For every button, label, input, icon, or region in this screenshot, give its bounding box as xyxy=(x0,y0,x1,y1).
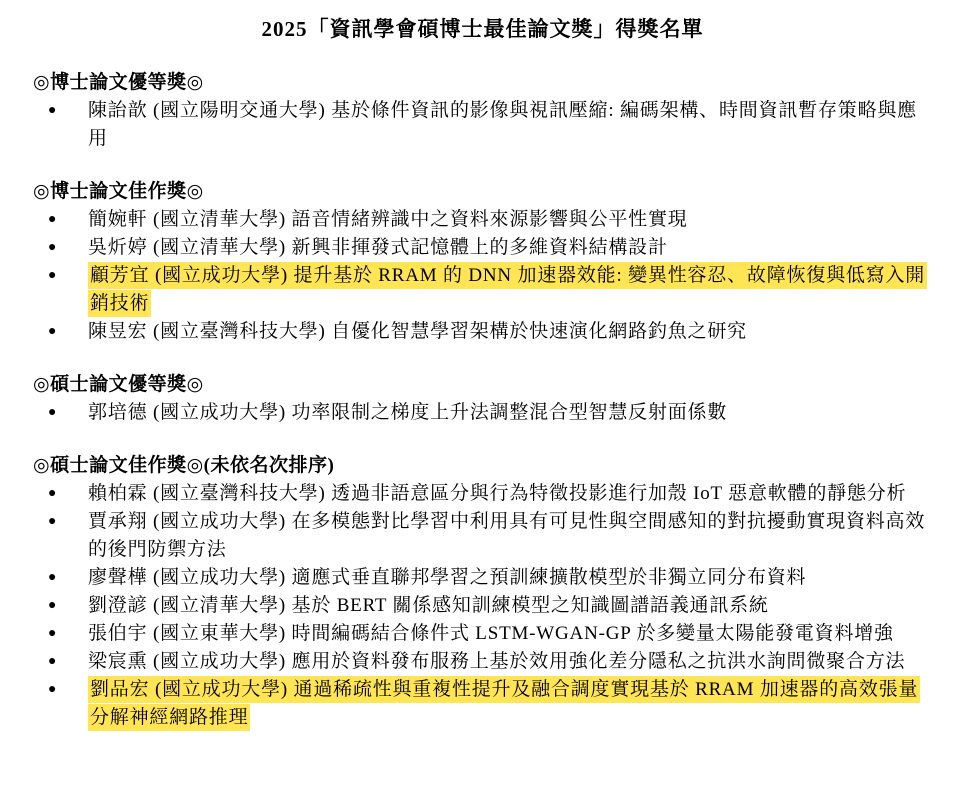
bullet-icon: ● xyxy=(48,97,88,125)
document-title: 2025「資訊學會碩博士最佳論文獎」得獎名單 xyxy=(33,14,932,44)
section-phd-honorable: ◎博士論文佳作獎◎ ● 簡婉軒 (國立清華大學) 語音情緒辨識中之資料來源影響與… xyxy=(33,178,932,346)
bullet-icon: ● xyxy=(48,399,88,427)
item-text: 陳詒歆 (國立陽明交通大學) 基於條件資訊的影像與視訊壓縮: 編碼架構、時間資訊… xyxy=(88,100,917,149)
bullet-icon: ● xyxy=(48,676,88,704)
item-text: 張伯宇 (國立東華大學) 時間編碼結合條件式 LSTM-WGAN-GP 於多變量… xyxy=(88,623,894,644)
section-header: ◎博士論文優等獎◎ xyxy=(33,69,932,97)
item-text: 劉品宏 (國立成功大學) 通過稀疏性與重複性提升及融合調度實現基於 RRAM 加… xyxy=(88,676,920,731)
section-header: ◎碩士論文佳作獎◎(未依名次排序) xyxy=(33,452,932,480)
list-item: ● 廖聲樺 (國立成功大學) 適應式垂直聯邦學習之預訓練擴散模型於非獨立同分布資… xyxy=(48,564,932,592)
bullet-icon: ● xyxy=(48,648,88,676)
item-text: 吳炘婷 (國立清華大學) 新興非揮發式記憶體上的多維資料結構設計 xyxy=(88,237,668,258)
bullet-icon: ● xyxy=(48,262,88,290)
item-text: 顧芳宜 (國立成功大學) 提升基於 RRAM 的 DNN 加速器效能: 變異性容… xyxy=(88,262,927,317)
list-item-highlighted: ● 顧芳宜 (國立成功大學) 提升基於 RRAM 的 DNN 加速器效能: 變異… xyxy=(48,262,932,318)
item-text: 郭培德 (國立成功大學) 功率限制之梯度上升法調整混合型智慧反射面係數 xyxy=(88,402,727,423)
section-master-excellence: ◎碩士論文優等獎◎ ● 郭培德 (國立成功大學) 功率限制之梯度上升法調整混合型… xyxy=(33,371,932,427)
bullet-icon: ● xyxy=(48,234,88,262)
item-text: 賈承翔 (國立成功大學) 在多模態對比學習中利用具有可見性與空間感知的對抗擾動實… xyxy=(88,511,925,560)
section-phd-excellence: ◎博士論文優等獎◎ ● 陳詒歆 (國立陽明交通大學) 基於條件資訊的影像與視訊壓… xyxy=(33,69,932,153)
list-item: ● 郭培德 (國立成功大學) 功率限制之梯度上升法調整混合型智慧反射面係數 xyxy=(48,399,932,427)
list-item: ● 賈承翔 (國立成功大學) 在多模態對比學習中利用具有可見性與空間感知的對抗擾… xyxy=(48,508,932,564)
section-header: ◎碩士論文優等獎◎ xyxy=(33,371,932,399)
list-item: ● 梁宸熏 (國立成功大學) 應用於資料發布服務上基於效用強化差分隱私之抗洪水詢… xyxy=(48,648,932,676)
section-master-honorable: ◎碩士論文佳作獎◎(未依名次排序) ● 賴柏霖 (國立臺灣科技大學) 透過非語意… xyxy=(33,452,932,732)
document-page: 2025「資訊學會碩博士最佳論文獎」得獎名單 ◎博士論文優等獎◎ ● 陳詒歆 (… xyxy=(0,0,960,798)
list-item: ● 賴柏霖 (國立臺灣科技大學) 透過非語意區分與行為特徵投影進行加殼 IoT … xyxy=(48,480,932,508)
list-item: ● 劉澄諺 (國立清華大學) 基於 BERT 關係感知訓練模型之知識圖譜語義通訊… xyxy=(48,592,932,620)
item-text: 簡婉軒 (國立清華大學) 語音情緒辨識中之資料來源影響與公平性實現 xyxy=(88,209,688,230)
list-item: ● 簡婉軒 (國立清華大學) 語音情緒辨識中之資料來源影響與公平性實現 xyxy=(48,206,932,234)
bullet-icon: ● xyxy=(48,592,88,620)
list-item: ● 陳昱宏 (國立臺灣科技大學) 自優化智慧學習架構於快速演化網路釣魚之研究 xyxy=(48,318,932,346)
bullet-icon: ● xyxy=(48,620,88,648)
section-header: ◎博士論文佳作獎◎ xyxy=(33,178,932,206)
list-item: ● 陳詒歆 (國立陽明交通大學) 基於條件資訊的影像與視訊壓縮: 編碼架構、時間… xyxy=(48,97,932,153)
item-text: 梁宸熏 (國立成功大學) 應用於資料發布服務上基於效用強化差分隱私之抗洪水詢問微… xyxy=(88,651,905,672)
list-item: ● 吳炘婷 (國立清華大學) 新興非揮發式記憶體上的多維資料結構設計 xyxy=(48,234,932,262)
list-item-highlighted: ● 劉品宏 (國立成功大學) 通過稀疏性與重複性提升及融合調度實現基於 RRAM… xyxy=(48,676,932,732)
item-text: 賴柏霖 (國立臺灣科技大學) 透過非語意區分與行為特徵投影進行加殼 IoT 惡意… xyxy=(88,483,906,504)
bullet-icon: ● xyxy=(48,480,88,508)
item-text: 廖聲樺 (國立成功大學) 適應式垂直聯邦學習之預訓練擴散模型於非獨立同分布資料 xyxy=(88,567,806,588)
bullet-icon: ● xyxy=(48,206,88,234)
bullet-icon: ● xyxy=(48,318,88,346)
item-text: 陳昱宏 (國立臺灣科技大學) 自優化智慧學習架構於快速演化網路釣魚之研究 xyxy=(88,321,747,342)
bullet-icon: ● xyxy=(48,508,88,536)
item-text: 劉澄諺 (國立清華大學) 基於 BERT 關係感知訓練模型之知識圖譜語義通訊系統 xyxy=(88,595,769,616)
bullet-icon: ● xyxy=(48,564,88,592)
list-item: ● 張伯宇 (國立東華大學) 時間編碼結合條件式 LSTM-WGAN-GP 於多… xyxy=(48,620,932,648)
